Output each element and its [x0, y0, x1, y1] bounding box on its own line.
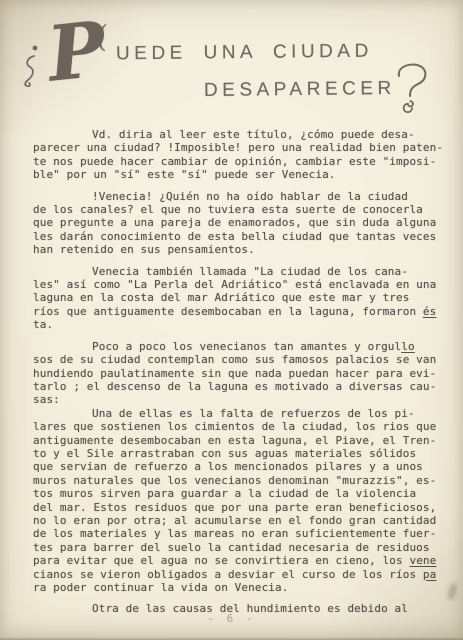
title-line-1: UEDE UNA CIUDAD — [116, 41, 373, 66]
text-line: ble" por un "sí" este "sí" puede ser Ven… — [33, 168, 450, 181]
text-line: !Venecia! ¿Quién no ha oído hablar de la… — [33, 190, 450, 203]
title-initial: P — [44, 11, 109, 93]
text-line: tos muros sirven para guardar a la ciuda… — [33, 487, 450, 500]
inverted-question-mark-icon — [22, 42, 46, 96]
text-line: de los canales? el que no tuviera esta s… — [33, 203, 450, 216]
text-line: ríos que antiguamente desembocaban en la… — [33, 305, 450, 318]
paragraph: Venecia también llamada "La ciudad de lo… — [33, 265, 450, 332]
text-line: Venecia también llamada "La ciudad de lo… — [33, 265, 450, 278]
title-line-2: DESAPARECER — [204, 78, 396, 102]
document-page: ( P UEDE UNA CIUDAD DESAPARECER Vd. diri… — [0, 0, 463, 640]
text-line: que servian de refuerzo a los mencionado… — [33, 460, 450, 473]
text-line: ra poder continuar la vida on Venecia. — [33, 581, 450, 594]
text-line: muros naturales que los venecianos denom… — [33, 474, 450, 487]
text-line: to y el Sile arrastraban con sus aguas m… — [33, 447, 450, 460]
text-line: sos de su ciudad contemplan como sus fam… — [33, 353, 450, 366]
underlined-word-break: vene — [409, 554, 436, 567]
text-line: te nos puede hacer cambiar de opinión, c… — [33, 155, 450, 168]
text-line: antiguamente desembocaban en esta laguna… — [33, 434, 450, 447]
paragraph: Una de ellas es la falta de refuerzos de… — [33, 407, 450, 595]
underlined-word-break: és — [423, 305, 436, 318]
text-line: tarlo ; el descenso de la laguna es moti… — [33, 380, 450, 393]
text-line: ta. — [33, 318, 450, 331]
paragraph: Vd. diria al leer este título, ¿cómo pue… — [33, 128, 450, 182]
paragraph: !Venecia! ¿Quién no ha oído hablar de la… — [33, 190, 450, 257]
text-line: hundiendo paulatinamente sin que nada pu… — [33, 367, 450, 380]
text-line: parecer una ciudad? !Imposible! pero una… — [33, 141, 450, 154]
underlined-word-break: pa — [423, 568, 436, 581]
text-line: cianos se vieron obligados a desviar el … — [33, 568, 450, 581]
text-line: Poco a poco los venecianos tan amantes y… — [33, 340, 450, 353]
question-mark-icon — [392, 60, 434, 120]
text-line: tes para barrer del suelo la cantidad ne… — [33, 541, 450, 554]
text-line: sas: — [33, 393, 450, 406]
text-line: han retenido en sus pensamientos. — [33, 243, 450, 256]
text-line: Una de ellas es la falta de refuerzos de… — [33, 407, 450, 420]
text-line: del mar. Estos residuos que por una part… — [33, 501, 450, 514]
text-line: les darán conocimiento de esta bella ciu… — [33, 230, 450, 243]
text-line: lares que sostienen los cimientos de la … — [33, 420, 450, 433]
text-line: Vd. diria al leer este título, ¿cómo pue… — [33, 128, 450, 141]
paragraph: Poco a poco los venecianos tan amantes y… — [33, 340, 450, 407]
text-line: les" así como "La Perla del Adriático" e… — [33, 278, 450, 291]
text-line: laguna en la costa del mar Adriático que… — [33, 291, 450, 304]
text-line: para evitar que el agua no se convirtier… — [33, 554, 450, 567]
text-line: no lo eran por otra; al acumularse en el… — [33, 514, 450, 527]
text-line: que pregunte a una pareja de enamorados,… — [33, 216, 450, 229]
document-body: Vd. diria al leer este título, ¿cómo pue… — [33, 128, 450, 616]
underlined-word-break: lo — [401, 340, 414, 353]
page-number: - 6 - — [0, 612, 463, 625]
text-line: de los materiales y las mareas no eran s… — [33, 527, 450, 540]
